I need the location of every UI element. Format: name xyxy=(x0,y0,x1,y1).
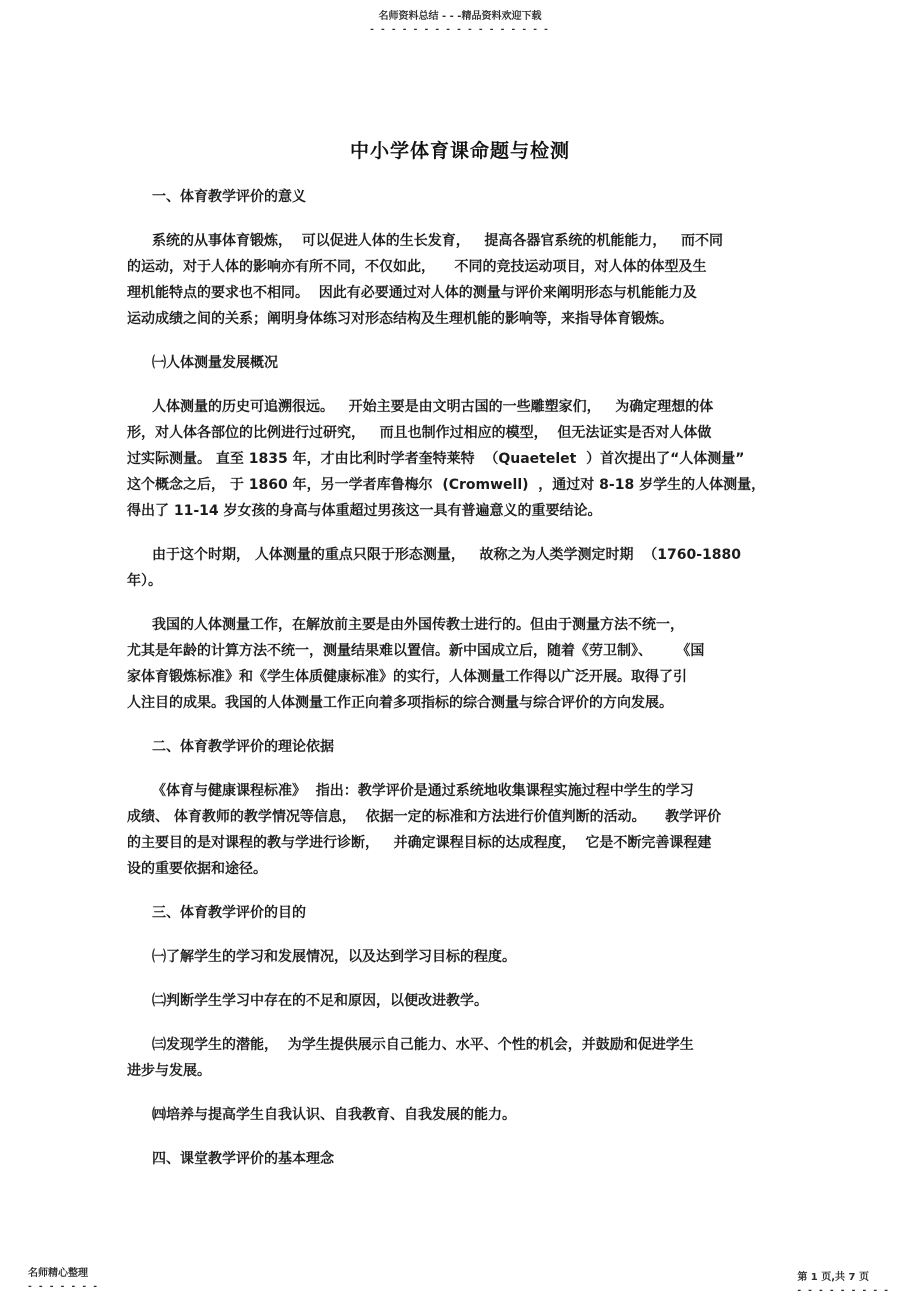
text-line: 人体测量的历史可追溯很远。 开始主要是由文明古国的一些雕塑家们， 为确定理想的体 xyxy=(127,394,797,420)
section-heading: 四、课堂教学评价的基本理念 xyxy=(127,1146,797,1172)
page-number: 第 1 页,共 7 页 xyxy=(797,1272,890,1284)
document-page: 名师资料总结 - - -精品资料欢迎下载 - - - - - - - - - -… xyxy=(0,0,920,1303)
text-line: 由于这个时期， 人体测量的重点只限于形态测量， 故称之为人类学测定时期 （176… xyxy=(127,542,797,568)
footer-left-text: 名师精心整理 xyxy=(28,1268,99,1280)
text-line: 进步与发展。 xyxy=(127,1058,797,1084)
header-text: 名师资料总结 - - -精品资料欢迎下载 xyxy=(0,11,920,23)
text-line: 人注目的成果。我国的人体测量工作正向着多项指标的综合测量与综合评价的方向发展。 xyxy=(127,690,797,716)
text-line: 二、体育教学评价的理论依据 xyxy=(127,734,797,760)
text-line: 家体育锻炼标准》和《学生体质健康标准》的实行，人体测量工作得以广泛开展。取得了引 xyxy=(127,664,797,690)
paragraph: 人体测量的历史可追溯很远。 开始主要是由文明古国的一些雕塑家们， 为确定理想的体… xyxy=(127,394,797,524)
text-line: 理机能特点的要求也不相同。 因此有必要通过对人体的测量与评价来阐明形态与机能能力… xyxy=(127,280,797,306)
text-line: 四、课堂教学评价的基本理念 xyxy=(127,1146,797,1172)
text-line: 设的重要依据和途径。 xyxy=(127,856,797,882)
paragraph: ㈡判断学生学习中存在的不足和原因，以便改进教学。 xyxy=(127,988,797,1014)
paragraph: 由于这个时期， 人体测量的重点只限于形态测量， 故称之为人类学测定时期 （176… xyxy=(127,542,797,594)
footer-right-dotted-rule: - - - - - - - - - xyxy=(797,1286,890,1296)
paragraph: 我国的人体测量工作，在解放前主要是由外国传教士进行的。但由于测量方法不统一，尤其… xyxy=(127,612,797,716)
text-line: 得出了 11-14 岁女孩的身高与体重超过男孩这一具有普遍意义的重要结论。 xyxy=(127,498,797,524)
text-line: 成绩、 体育教师的教学情况等信息， 依据一定的标准和方法进行价值判断的活动。 教… xyxy=(127,804,797,830)
text-line: 这个概念之后， 于 1860 年，另一学者库鲁梅尔 (Cromwell) ，通过… xyxy=(127,472,797,498)
page-title: 中小学体育课命题与检测 xyxy=(0,136,920,163)
section-heading: 二、体育教学评价的理论依据 xyxy=(127,734,797,760)
text-line: 一、体育教学评价的意义 xyxy=(127,184,797,210)
text-line: 过实际测量。 直至 1835 年，才由比利时学者奎特莱特 （Quaetelet … xyxy=(127,446,797,472)
header-dotted-rule: - - - - - - - - - - - - - - - - - xyxy=(0,25,920,35)
document-body: 一、体育教学评价的意义系统的从事体育锻炼， 可以促进人体的生长发育， 提高各器官… xyxy=(127,184,797,1172)
page-header: 名师资料总结 - - -精品资料欢迎下载 - - - - - - - - - -… xyxy=(0,11,920,35)
page-footer-right: 第 1 页,共 7 页 - - - - - - - - - xyxy=(797,1272,890,1296)
text-line: 运动成绩之间的关系；阐明身体练习对形态结构及生理机能的影响等，来指导体育锻炼。 xyxy=(127,306,797,332)
text-line: 的主要目的是对课程的教与学进行诊断， 并确定课程目标的达成程度， 它是不断完善课… xyxy=(127,830,797,856)
paragraph: ㈣培养与提高学生自我认识、自我教育、自我发展的能力。 xyxy=(127,1102,797,1128)
paragraph: 《体育与健康课程标准》 指出：教学评价是通过系统地收集课程实施过程中学生的学习成… xyxy=(127,778,797,882)
text-line: ㈣培养与提高学生自我认识、自我教育、自我发展的能力。 xyxy=(127,1102,797,1128)
text-line: 系统的从事体育锻炼， 可以促进人体的生长发育， 提高各器官系统的机能能力， 而不… xyxy=(127,228,797,254)
text-line: 年）。 xyxy=(127,568,797,594)
text-line: 《体育与健康课程标准》 指出：教学评价是通过系统地收集课程实施过程中学生的学习 xyxy=(127,778,797,804)
section-heading: ㈠人体测量发展概况 xyxy=(127,350,797,376)
section-heading: 三、体育教学评价的目的 xyxy=(127,900,797,926)
text-line: 形，对人体各部位的比例进行过研究， 而且也制作过相应的模型， 但无法证实是否对人… xyxy=(127,420,797,446)
paragraph: ㈠了解学生的学习和发展情况，以及达到学习目标的程度。 xyxy=(127,944,797,970)
footer-left-dotted-rule: - - - - - - - xyxy=(28,1282,99,1292)
text-line: 三、体育教学评价的目的 xyxy=(127,900,797,926)
text-line: ㈡判断学生学习中存在的不足和原因，以便改进教学。 xyxy=(127,988,797,1014)
text-line: ㈢发现学生的潜能， 为学生提供展示自己能力、水平、个性的机会，并鼓励和促进学生 xyxy=(127,1032,797,1058)
paragraph: ㈢发现学生的潜能， 为学生提供展示自己能力、水平、个性的机会，并鼓励和促进学生进… xyxy=(127,1032,797,1084)
text-line: ㈠人体测量发展概况 xyxy=(127,350,797,376)
text-line: 我国的人体测量工作，在解放前主要是由外国传教士进行的。但由于测量方法不统一， xyxy=(127,612,797,638)
paragraph: 系统的从事体育锻炼， 可以促进人体的生长发育， 提高各器官系统的机能能力， 而不… xyxy=(127,228,797,332)
text-line: ㈠了解学生的学习和发展情况，以及达到学习目标的程度。 xyxy=(127,944,797,970)
text-line: 的运动，对于人体的影响亦有所不同，不仅如此， 不同的竞技运动项目，对人体的体型及… xyxy=(127,254,797,280)
page-footer-left: 名师精心整理 - - - - - - - xyxy=(28,1268,99,1292)
section-heading: 一、体育教学评价的意义 xyxy=(127,184,797,210)
text-line: 尤其是年龄的计算方法不统一，测量结果难以置信。新中国成立后，随着《劳卫制》、 《… xyxy=(127,638,797,664)
